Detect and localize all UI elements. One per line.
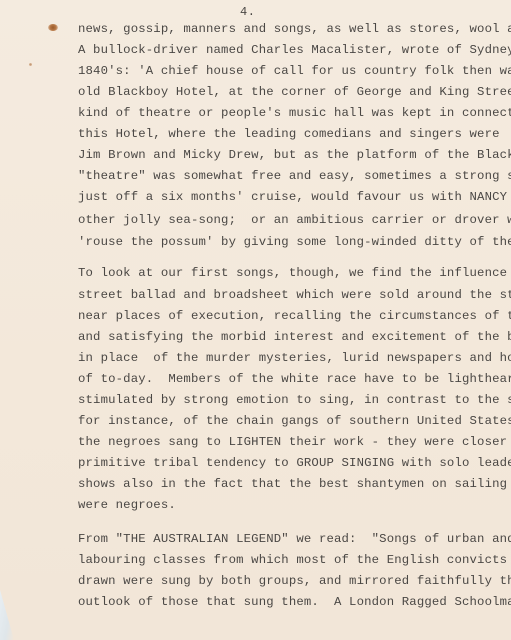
text-line: stimulated by strong emotion to sing, in… bbox=[78, 393, 511, 407]
text-line: Jim Brown and Micky Drew, but as the pla… bbox=[78, 148, 511, 162]
text-line: other jolly sea-song; or an ambitious ca… bbox=[78, 213, 511, 227]
text-line: 1840's: 'A chief house of call for us co… bbox=[78, 64, 511, 78]
text-line: labouring classes from which most of the… bbox=[78, 553, 511, 567]
text-line: drawn were sung by both groups, and mirr… bbox=[78, 574, 511, 588]
typewritten-page: 4. news, gossip, manners and songs, as w… bbox=[0, 0, 511, 640]
text-line: of to-day. Members of the white race hav… bbox=[78, 372, 511, 386]
text-line: and satisfying the morbid interest and e… bbox=[78, 330, 511, 344]
text-line: "theatre" was somewhat free and easy, so… bbox=[78, 169, 511, 183]
text-line: outlook of those that sung them. A Londo… bbox=[78, 595, 511, 609]
text-line: just off a six months' cruise, would fav… bbox=[78, 190, 511, 204]
text-line: the negroes sang to LIGHTEN their work -… bbox=[78, 435, 511, 449]
text-line: A bullock-driver named Charles Macaliste… bbox=[78, 43, 511, 57]
text-line: primitive tribal tendency to GROUP SINGI… bbox=[78, 456, 511, 470]
page-number: 4. bbox=[240, 5, 255, 19]
text-line: 'rouse the possum' by giving some long-w… bbox=[78, 235, 511, 249]
text-line: news, gossip, manners and songs, as well… bbox=[78, 22, 511, 36]
text-line: were negroes. bbox=[78, 498, 176, 512]
text-line: in place of the murder mysteries, lurid … bbox=[78, 351, 511, 365]
text-line: this Hotel, where the leading comedians … bbox=[78, 127, 500, 141]
text-line: for instance, of the chain gangs of sout… bbox=[78, 414, 511, 428]
text-line: old Blackboy Hotel, at the corner of Geo… bbox=[78, 85, 511, 99]
text-line: kind of theatre or people's music hall w… bbox=[78, 106, 511, 120]
text-line: To look at our first songs, though, we f… bbox=[78, 266, 511, 280]
text-line: street ballad and broadsheet which were … bbox=[78, 288, 511, 302]
page-corner-fold bbox=[0, 590, 14, 640]
rust-speck bbox=[29, 63, 32, 66]
text-line: near places of execution, recalling the … bbox=[78, 309, 511, 323]
rust-stain bbox=[48, 24, 58, 31]
text-line: From "THE AUSTRALIAN LEGEND" we read: "S… bbox=[78, 532, 511, 546]
text-line: shows also in the fact that the best sha… bbox=[78, 477, 511, 491]
